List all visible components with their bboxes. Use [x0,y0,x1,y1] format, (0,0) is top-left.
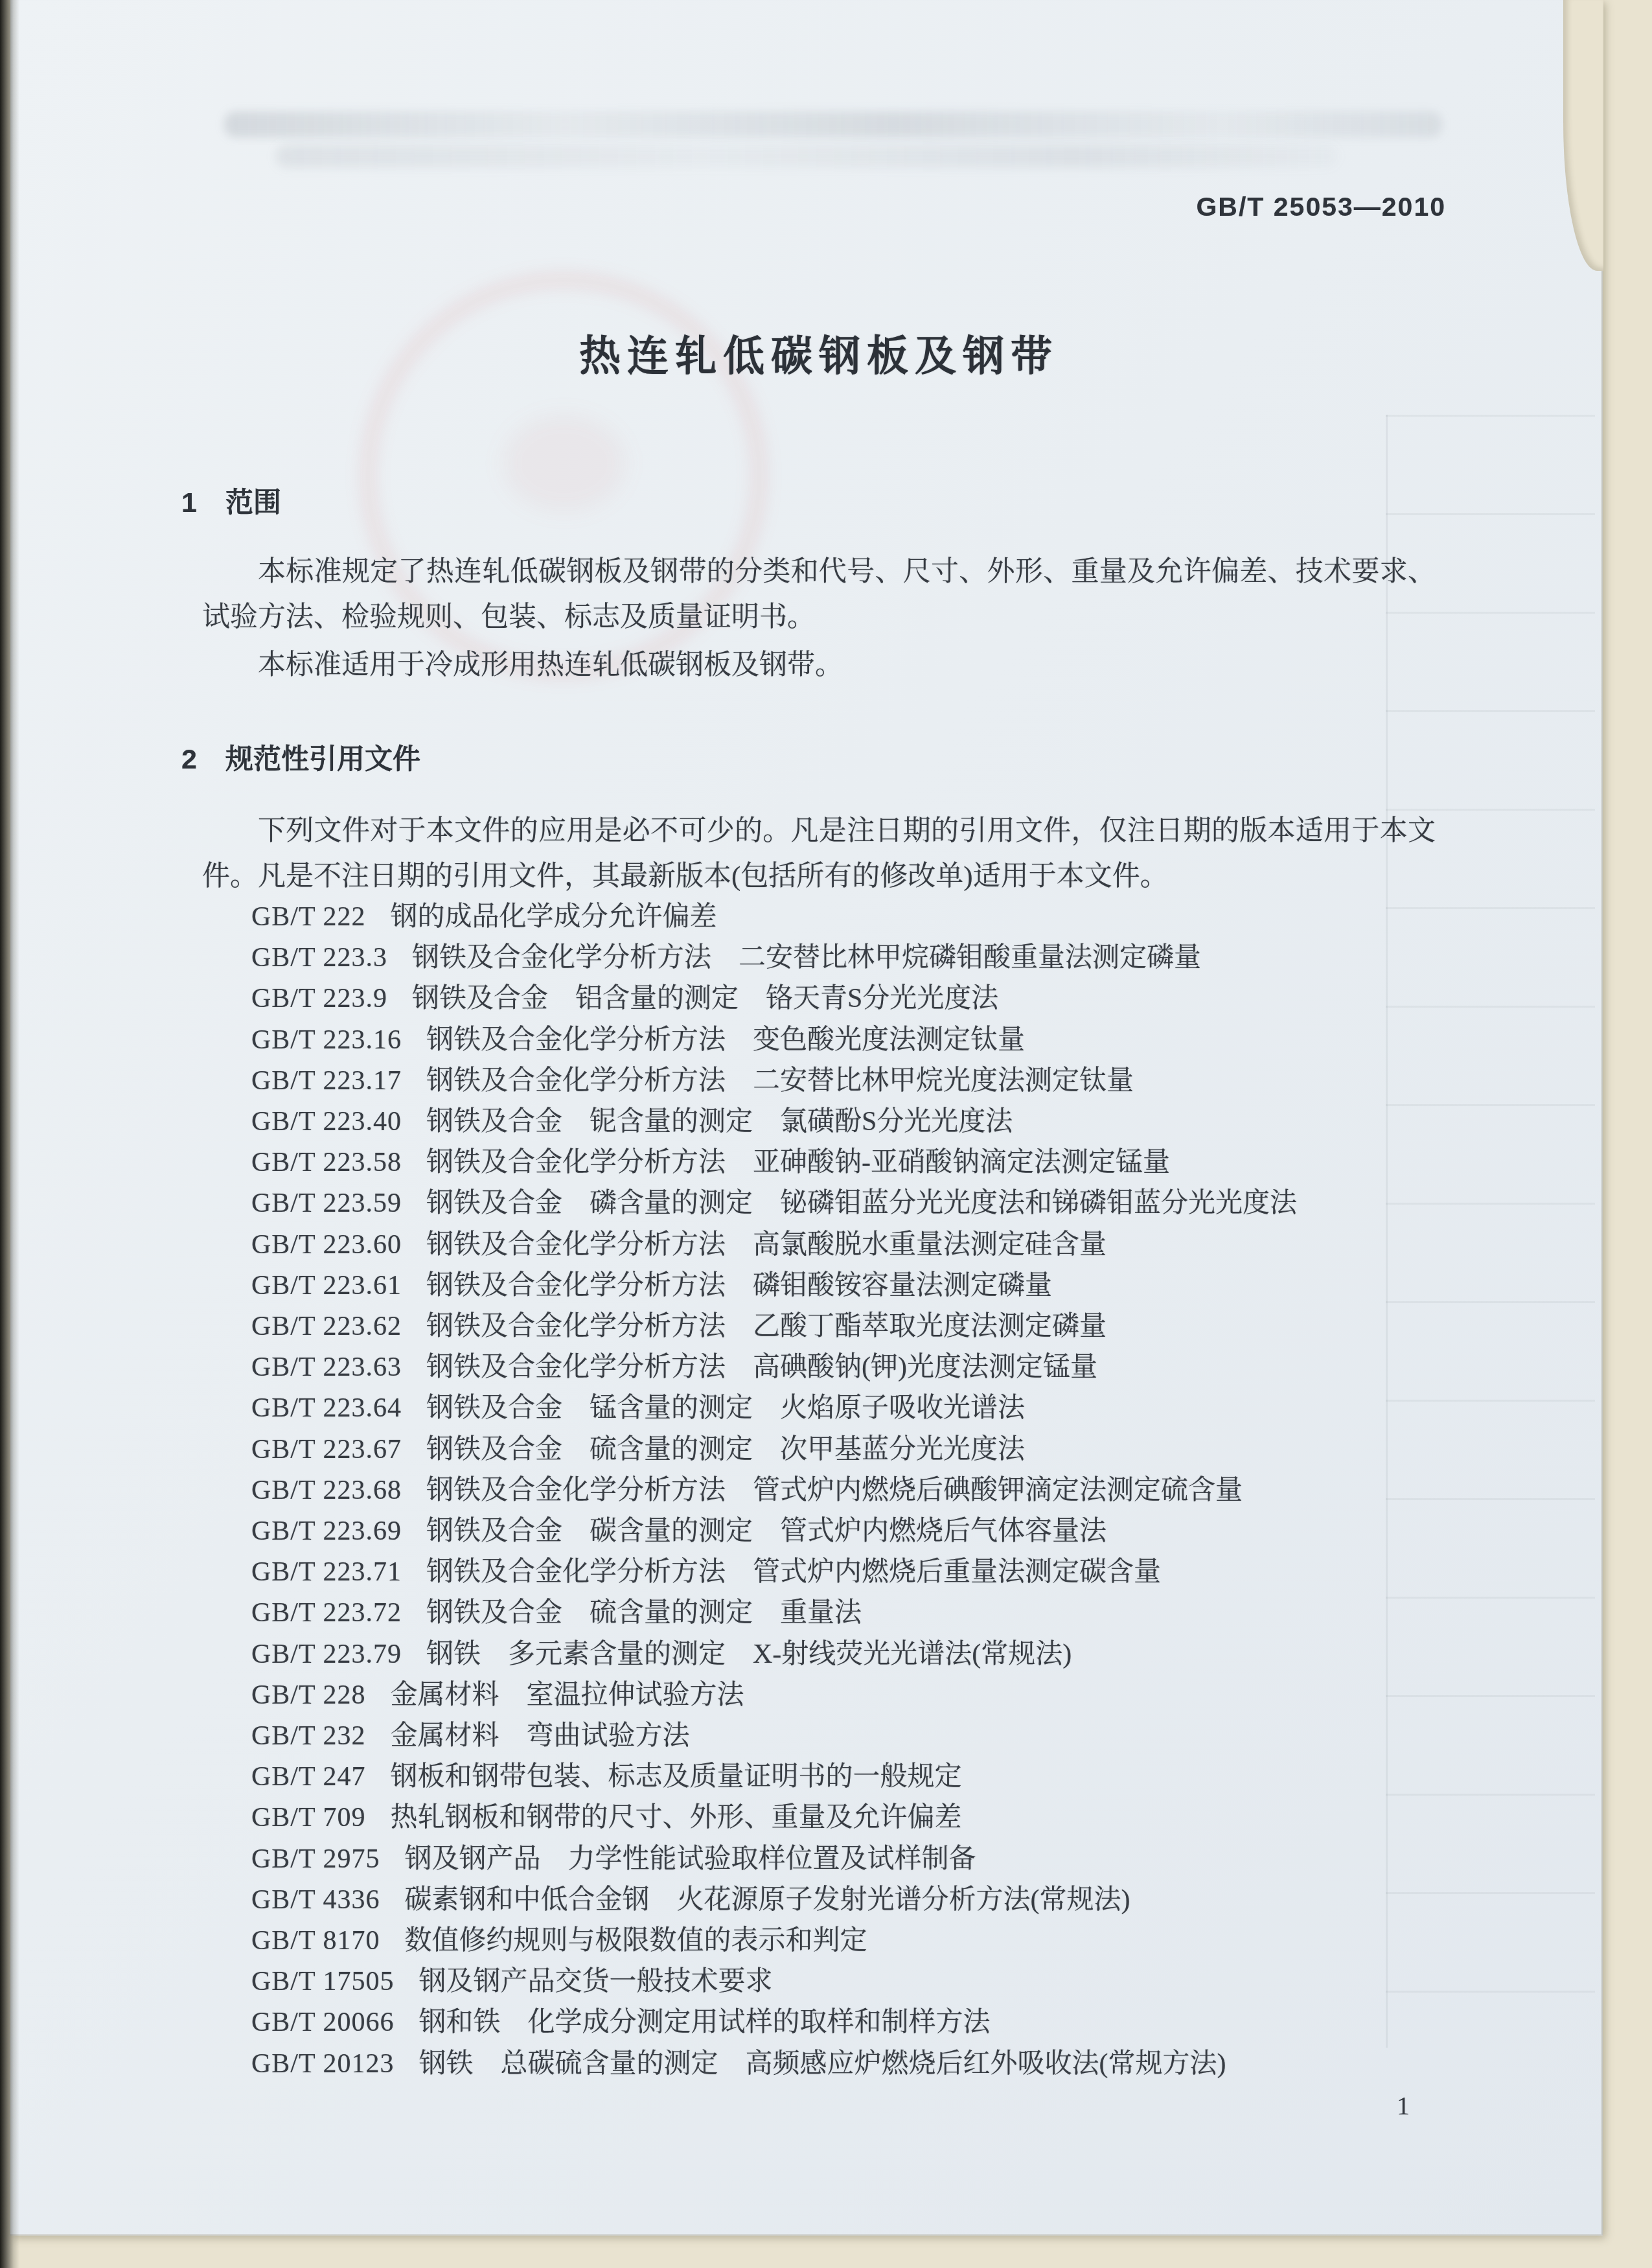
section-number: 1 [181,487,197,519]
document-title: 热连轧低碳钢板及钢带 [202,323,1436,382]
reference-item: GB/T 223.64钢铁及合金 锰含量的测定 火焰原子吸收光谱法 [251,1388,1482,1429]
reference-item: GB/T 223.9钢铁及合金 铝含量的测定 铬天青S分光光度法 [251,978,1482,1019]
reference-title: 钢铁及合金化学分析方法 二安替比林甲烷光度法测定钛量 [426,1066,1134,1096]
reference-title: 碳素钢和中低合金钢 火花源原子发射光谱分析方法(常规法) [404,1885,1130,1915]
reference-title: 钢的成品化学成分允许偏差 [390,902,717,932]
scope-paragraph-1: 本标准规定了热连轧低碳钢板及钢带的分类和代号、尺寸、外形、重量及允许偏差、技术要… [202,550,1436,640]
reference-item: GB/T 228金属材料 室温拉伸试验方法 [251,1675,1482,1716]
reference-title: 钢铁及合金 硫含量的测定 次甲基蓝分光光度法 [426,1435,1025,1464]
reference-code: GB/T 222 [251,902,365,932]
reference-title: 钢及钢产品交货一般技术要求 [419,1967,772,1996]
reference-code: GB/T 4336 [251,1885,380,1915]
reference-title: 钢及钢产品 力学性能试验取样位置及试样制备 [404,1844,976,1874]
reference-item: GB/T 20066钢和铁 化学成分测定用试样的取样和制样方法 [251,2002,1482,2043]
reference-title: 钢铁及合金化学分析方法 变色酸光度法测定钛量 [426,1025,1025,1055]
reference-title: 钢板和钢带包装、标志及质量证明书的一般规定 [390,1762,961,1792]
reference-code: GB/T 232 [251,1721,365,1751]
reference-title: 钢铁及合金 硫含量的测定 重量法 [426,1598,862,1628]
reference-code: GB/T 223.17 [251,1066,402,1096]
section-heading-label: 范围 [225,487,281,518]
reference-item: GB/T 223.62钢铁及合金化学分析方法 乙酸丁酯萃取光度法测定磷量 [251,1306,1482,1347]
reference-item: GB/T 2975钢及钢产品 力学性能试验取样位置及试样制备 [251,1839,1482,1880]
reference-code: GB/T 223.58 [251,1148,402,1177]
reference-item: GB/T 223.59钢铁及合金 磷含量的测定 铋磷钼蓝分光光度法和锑磷钼蓝分光… [251,1183,1482,1224]
reference-title: 钢铁及合金化学分析方法 管式炉内燃烧后碘酸钾滴定法测定硫含量 [426,1475,1243,1505]
reference-item: GB/T 222钢的成品化学成分允许偏差 [251,897,1482,938]
reference-title: 钢铁 总碳硫含量的测定 高频感应炉燃烧后红外吸收法(常规方法) [419,2049,1226,2079]
reference-code: GB/T 223.79 [251,1639,402,1669]
reference-title: 热轧钢板和钢带的尺寸、外形、重量及允许偏差 [390,1803,961,1833]
reference-title: 钢和铁 化学成分测定用试样的取样和制样方法 [419,2008,990,2037]
reference-item: GB/T 223.67钢铁及合金 硫含量的测定 次甲基蓝分光光度法 [251,1429,1482,1470]
section-number: 2 [181,744,197,776]
reference-item: GB/T 223.58钢铁及合金化学分析方法 亚砷酸钠-亚硝酸钠滴定法测定锰量 [251,1142,1482,1183]
text-bleedthrough-top [276,145,1338,167]
reference-item: GB/T 223.60钢铁及合金化学分析方法 高氯酸脱水重量法测定硅含量 [251,1225,1482,1266]
reference-title: 钢铁及合金 铝含量的测定 铬天青S分光光度法 [412,984,998,1013]
reference-code: GB/T 223.71 [251,1557,402,1587]
reference-title: 钢铁及合金化学分析方法 管式炉内燃烧后重量法测定碳含量 [426,1557,1161,1587]
reference-item: GB/T 223.63钢铁及合金化学分析方法 高碘酸钠(钾)光度法测定锰量 [251,1347,1482,1388]
page-number: 1 [1397,2090,1410,2121]
reference-item: GB/T 20123钢铁 总碳硫含量的测定 高频感应炉燃烧后红外吸收法(常规方法… [251,2044,1482,2085]
reference-code: GB/T 223.59 [251,1188,402,1218]
reference-title: 钢铁及合金化学分析方法 二安替比林甲烷磷钼酸重量法测定磷量 [412,943,1201,973]
section-heading-scope: 1范围 [181,481,281,520]
references-list: GB/T 222钢的成品化学成分允许偏差 GB/T 223.3钢铁及合金化学分析… [251,897,1482,2085]
reference-item: GB/T 247钢板和钢带包装、标志及质量证明书的一般规定 [251,1757,1482,1798]
reference-code: GB/T 223.62 [251,1312,402,1341]
references-intro-paragraph: 下列文件对于本文件的应用是必不可少的。凡是注日期的引用文件，仅注日期的版本适用于… [202,809,1436,899]
reference-code: GB/T 228 [251,1680,365,1710]
reference-item: GB/T 17505钢及钢产品交货一般技术要求 [251,1961,1482,2002]
paper-corner-fold [1563,0,1603,271]
reference-item: GB/T 223.72钢铁及合金 硫含量的测定 重量法 [251,1593,1482,1634]
reference-title: 钢铁及合金化学分析方法 磷钼酸铵容量法测定磷量 [426,1271,1052,1301]
reference-code: GB/T 223.69 [251,1516,402,1546]
reference-item: GB/T 4336碳素钢和中低合金钢 火花源原子发射光谱分析方法(常规法) [251,1880,1482,1921]
reference-title: 钢铁及合金化学分析方法 高碘酸钠(钾)光度法测定锰量 [426,1352,1097,1382]
reference-item: GB/T 223.79钢铁 多元素含量的测定 X-射线荧光光谱法(常规法) [251,1634,1482,1675]
reference-item: GB/T 8170数值修约规则与极限数值的表示和判定 [251,1921,1482,1961]
reference-item: GB/T 232金属材料 弯曲试验方法 [251,1716,1482,1757]
reference-item: GB/T 223.61钢铁及合金化学分析方法 磷钼酸铵容量法测定磷量 [251,1266,1482,1306]
reference-item: GB/T 223.68钢铁及合金化学分析方法 管式炉内燃烧后碘酸钾滴定法测定硫含… [251,1470,1482,1511]
reference-title: 钢铁及合金 铌含量的测定 氯磺酚S分光光度法 [426,1107,1013,1137]
reference-item: GB/T 223.17钢铁及合金化学分析方法 二安替比林甲烷光度法测定钛量 [251,1061,1482,1102]
reference-title: 钢铁 多元素含量的测定 X-射线荧光光谱法(常规法) [426,1639,1072,1669]
reference-title: 钢铁及合金 碳含量的测定 管式炉内燃烧后气体容量法 [426,1516,1107,1546]
reference-title: 钢铁及合金 锰含量的测定 火焰原子吸收光谱法 [426,1393,1025,1423]
section-heading-label: 规范性引用文件 [225,744,420,775]
text-bleedthrough-top [224,111,1442,137]
reference-item: GB/T 709热轧钢板和钢带的尺寸、外形、重量及允许偏差 [251,1798,1482,1838]
paper-sheet: GB/T 25053—2010 热连轧低碳钢板及钢带 1范围 本标准规定了热连轧… [10,0,1603,2236]
reference-title: 钢铁及合金化学分析方法 亚砷酸钠-亚硝酸钠滴定法测定锰量 [426,1148,1170,1177]
reference-code: GB/T 223.3 [251,943,387,973]
reference-code: GB/T 223.72 [251,1598,402,1628]
reference-code: GB/T 223.60 [251,1230,402,1260]
section-heading-normative-references: 2规范性引用文件 [181,737,420,777]
standard-code: GB/T 25053—2010 [1196,192,1446,222]
reference-title: 金属材料 弯曲试验方法 [390,1721,689,1751]
reference-code: GB/T 223.61 [251,1271,402,1301]
reference-title: 钢铁及合金化学分析方法 高氯酸脱水重量法测定硅含量 [426,1230,1107,1260]
reference-code: GB/T 223.67 [251,1435,402,1464]
reference-code: GB/T 709 [251,1803,365,1833]
reference-item: GB/T 223.69钢铁及合金 碳含量的测定 管式炉内燃烧后气体容量法 [251,1511,1482,1552]
reference-item: GB/T 223.71钢铁及合金化学分析方法 管式炉内燃烧后重量法测定碳含量 [251,1552,1482,1593]
reference-code: GB/T 2975 [251,1844,380,1874]
reference-code: GB/T 8170 [251,1926,380,1956]
reference-code: GB/T 20123 [251,2049,394,2079]
reference-title: 钢铁及合金 磷含量的测定 铋磷钼蓝分光光度法和锑磷钼蓝分光光度法 [426,1188,1297,1218]
reference-code: GB/T 223.63 [251,1352,402,1382]
reference-code: GB/T 247 [251,1762,365,1792]
reference-code: GB/T 17505 [251,1967,394,1996]
reference-item: GB/T 223.16钢铁及合金化学分析方法 变色酸光度法测定钛量 [251,1020,1482,1061]
red-stamp-bleedthrough [503,415,626,512]
scope-paragraph-2: 本标准适用于冷成形用热连轧低碳钢板及钢带。 [202,643,1436,688]
scanned-document-page: GB/T 25053—2010 热连轧低碳钢板及钢带 1范围 本标准规定了热连轧… [0,0,1652,2268]
reference-code: GB/T 20066 [251,2008,394,2037]
reference-item: GB/T 223.40钢铁及合金 铌含量的测定 氯磺酚S分光光度法 [251,1102,1482,1142]
reference-code: GB/T 223.16 [251,1025,402,1055]
reference-item: GB/T 223.3钢铁及合金化学分析方法 二安替比林甲烷磷钼酸重量法测定磷量 [251,938,1482,978]
reference-code: GB/T 223.9 [251,984,387,1013]
reference-code: GB/T 223.68 [251,1475,402,1505]
reference-code: GB/T 223.64 [251,1393,402,1423]
reference-code: GB/T 223.40 [251,1107,402,1137]
reference-title: 金属材料 室温拉伸试验方法 [390,1680,744,1710]
reference-title: 钢铁及合金化学分析方法 乙酸丁酯萃取光度法测定磷量 [426,1312,1107,1341]
left-scan-edge [0,0,19,2268]
reference-title: 数值修约规则与极限数值的表示和判定 [404,1926,867,1956]
